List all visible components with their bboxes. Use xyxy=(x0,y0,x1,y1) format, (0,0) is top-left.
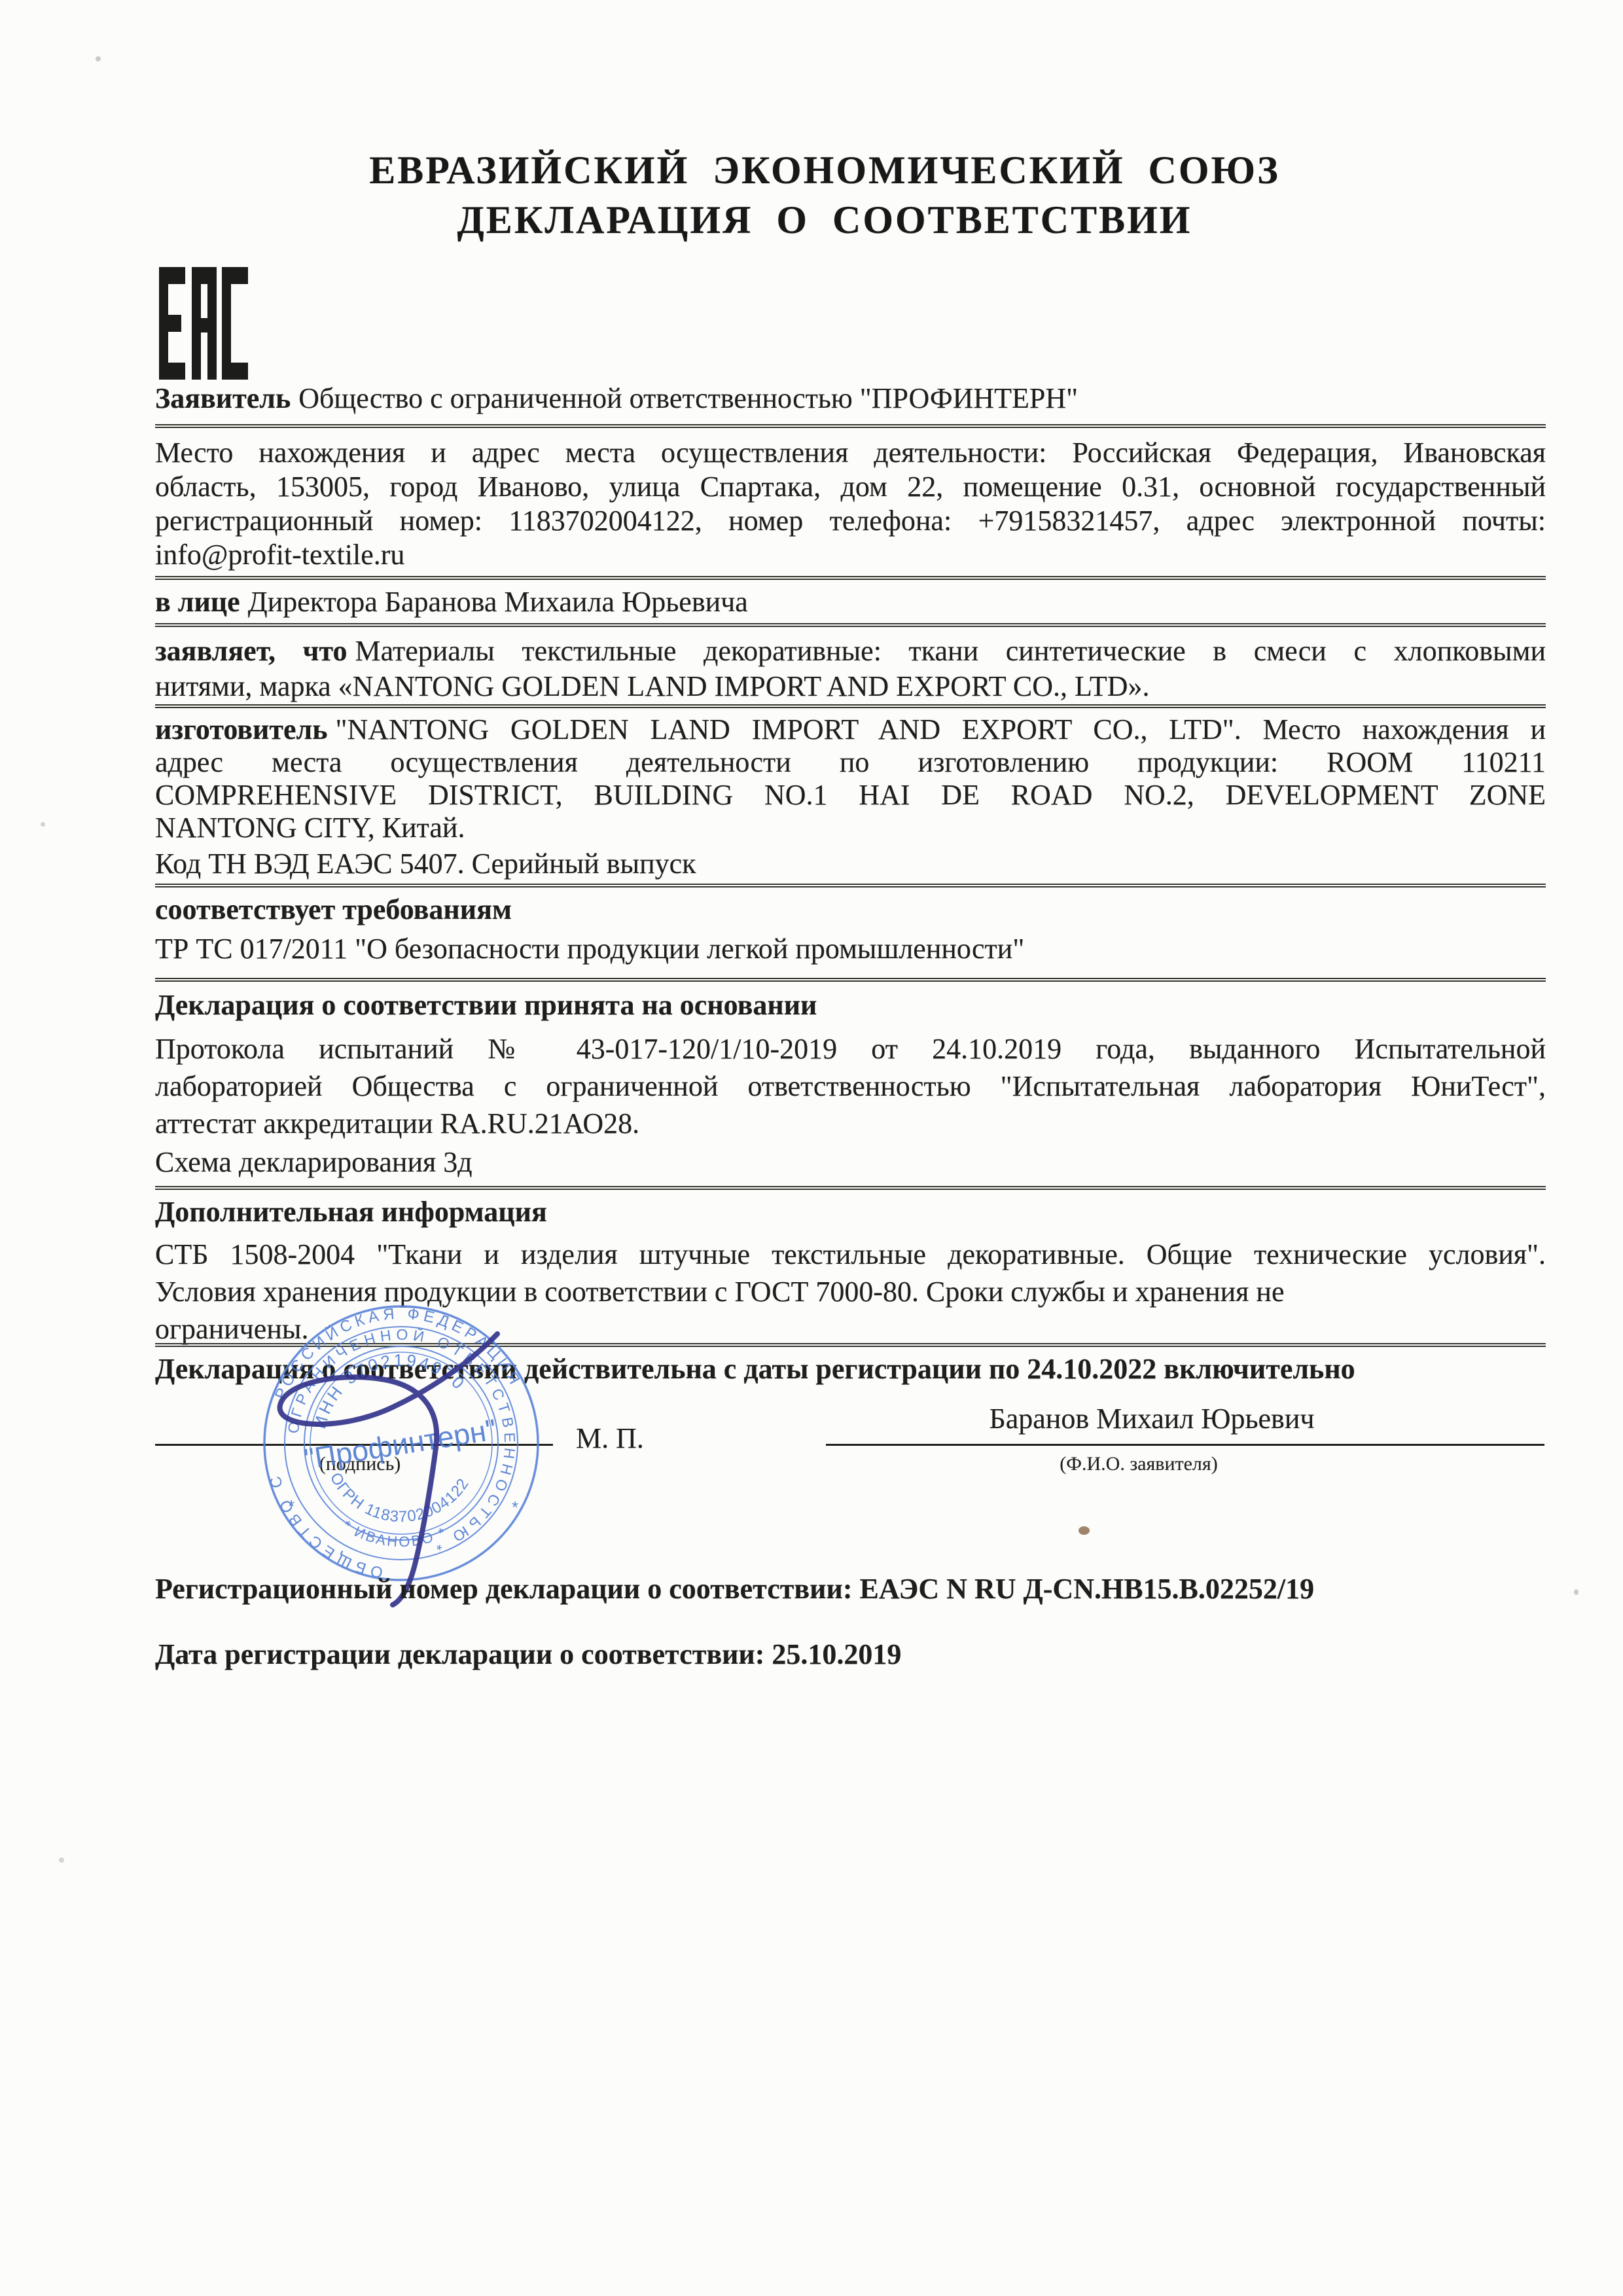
basis-line: Протокола испытаний № 43-017-120/1/10-20… xyxy=(155,1030,1546,1067)
manufacturer-line: COMPREHENSIVE DISTRICT, BUILDING NO.1 HA… xyxy=(155,779,1546,812)
scan-speck xyxy=(59,1857,64,1863)
basis-line: лабораторией Общества с ограниченной отв… xyxy=(155,1067,1546,1105)
tnved-line: Код ТН ВЭД ЕАЭС 5407. Серийный выпуск xyxy=(155,847,1546,881)
title-line-2: ДЕКЛАРАЦИЯ О СООТВЕТСТВИИ xyxy=(26,195,1623,245)
separator-line xyxy=(155,978,1546,982)
separator-line xyxy=(155,623,1546,627)
manufacturer-line: изготовитель"NANTONG GOLDEN LAND IMPORT … xyxy=(155,713,1546,746)
additional-line: СТБ 1508-2004 "Ткани и изделия штучные т… xyxy=(155,1236,1546,1273)
scan-speck xyxy=(96,56,101,62)
separator-line xyxy=(155,576,1546,580)
manufacturer-label: изготовитель xyxy=(155,713,327,745)
declaration-document-page: ЕВРАЗИЙСКИЙ ЭКОНОМИЧЕСКИЙ СОЮЗ ДЕКЛАРАЦИ… xyxy=(0,0,1623,2296)
representative-label: в лице xyxy=(155,586,240,618)
applicant-value: Общество с ограниченной ответственностью… xyxy=(298,382,1078,414)
manufacturer-line: NANTONG CITY, Китай. xyxy=(155,812,1546,844)
separator-line xyxy=(155,424,1546,428)
mp-label: М. П. xyxy=(576,1422,707,1456)
representative-value: Директора Баранова Михаила Юрьевича xyxy=(248,586,748,618)
declaration-label: заявляет, что xyxy=(155,635,348,667)
representative-line: в лицеДиректора Баранова Михаила Юрьевич… xyxy=(155,585,1546,619)
compliance-heading: соответствует требованиям xyxy=(155,893,1546,927)
scan-speck xyxy=(1574,1589,1578,1595)
registration-number-line: Регистрационный номер декларации о соотв… xyxy=(155,1572,1546,1606)
basis-paragraph: Протокола испытаний № 43-017-120/1/10-20… xyxy=(155,1030,1546,1142)
address-line: область, 153005, город Иваново, улица Сп… xyxy=(155,470,1546,504)
document-title: ЕВРАЗИЙСКИЙ ЭКОНОМИЧЕСКИЙ СОЮЗ ДЕКЛАРАЦИ… xyxy=(26,145,1623,245)
scheme-line: Схема декларирования 3д xyxy=(155,1145,1546,1179)
basis-heading: Декларация о соответствии принята на осн… xyxy=(155,988,1546,1022)
fio-line xyxy=(826,1444,1544,1446)
address-line: info@profit-textile.ru xyxy=(155,538,1546,572)
applicant-line: ЗаявительОбщество с ограниченной ответст… xyxy=(155,382,1546,416)
title-line-1: ЕВРАЗИЙСКИЙ ЭКОНОМИЧЕСКИЙ СОЮЗ xyxy=(26,145,1623,195)
registration-date-line: Дата регистрации декларации о соответств… xyxy=(155,1638,1546,1672)
signer-name: Баранов Михаил Юрьевич xyxy=(825,1402,1479,1436)
compliance-value: ТР ТС 017/2011 "О безопасности продукции… xyxy=(155,932,1546,966)
declaration-line: заявляет, чтоМатериалы текстильные декор… xyxy=(155,634,1546,669)
manufacturer-paragraph: изготовитель"NANTONG GOLDEN LAND IMPORT … xyxy=(155,713,1546,844)
address-paragraph: Место нахождения и адрес места осуществл… xyxy=(155,436,1546,572)
basis-line: аттестат аккредитации RA.RU.21АО28. xyxy=(155,1105,1546,1142)
manufacturer-text: "NANTONG GOLDEN LAND IMPORT AND EXPORT C… xyxy=(335,713,1546,745)
manufacturer-line: адрес места осуществления деятельности п… xyxy=(155,746,1546,779)
handwritten-signature xyxy=(249,1309,537,1617)
applicant-label: Заявитель xyxy=(155,382,291,414)
scan-speck xyxy=(1079,1526,1090,1535)
separator-line xyxy=(155,1186,1546,1190)
fio-caption: (Ф.И.О. заявителя) xyxy=(844,1453,1433,1475)
address-line: Место нахождения и адрес места осуществл… xyxy=(155,436,1546,470)
eac-mark-icon xyxy=(159,267,248,380)
additional-heading: Дополнительная информация xyxy=(155,1195,1546,1229)
separator-line xyxy=(155,704,1546,708)
declaration-text: Материалы текстильные декоративные: ткан… xyxy=(355,635,1546,667)
declaration-paragraph: заявляет, чтоМатериалы текстильные декор… xyxy=(155,634,1546,704)
scan-speck xyxy=(41,822,45,827)
separator-line xyxy=(155,884,1546,888)
address-line: регистрационный номер: 1183702004122, но… xyxy=(155,504,1546,538)
declaration-line: нитями, марка «NANTONG GOLDEN LAND IMPOR… xyxy=(155,669,1546,704)
